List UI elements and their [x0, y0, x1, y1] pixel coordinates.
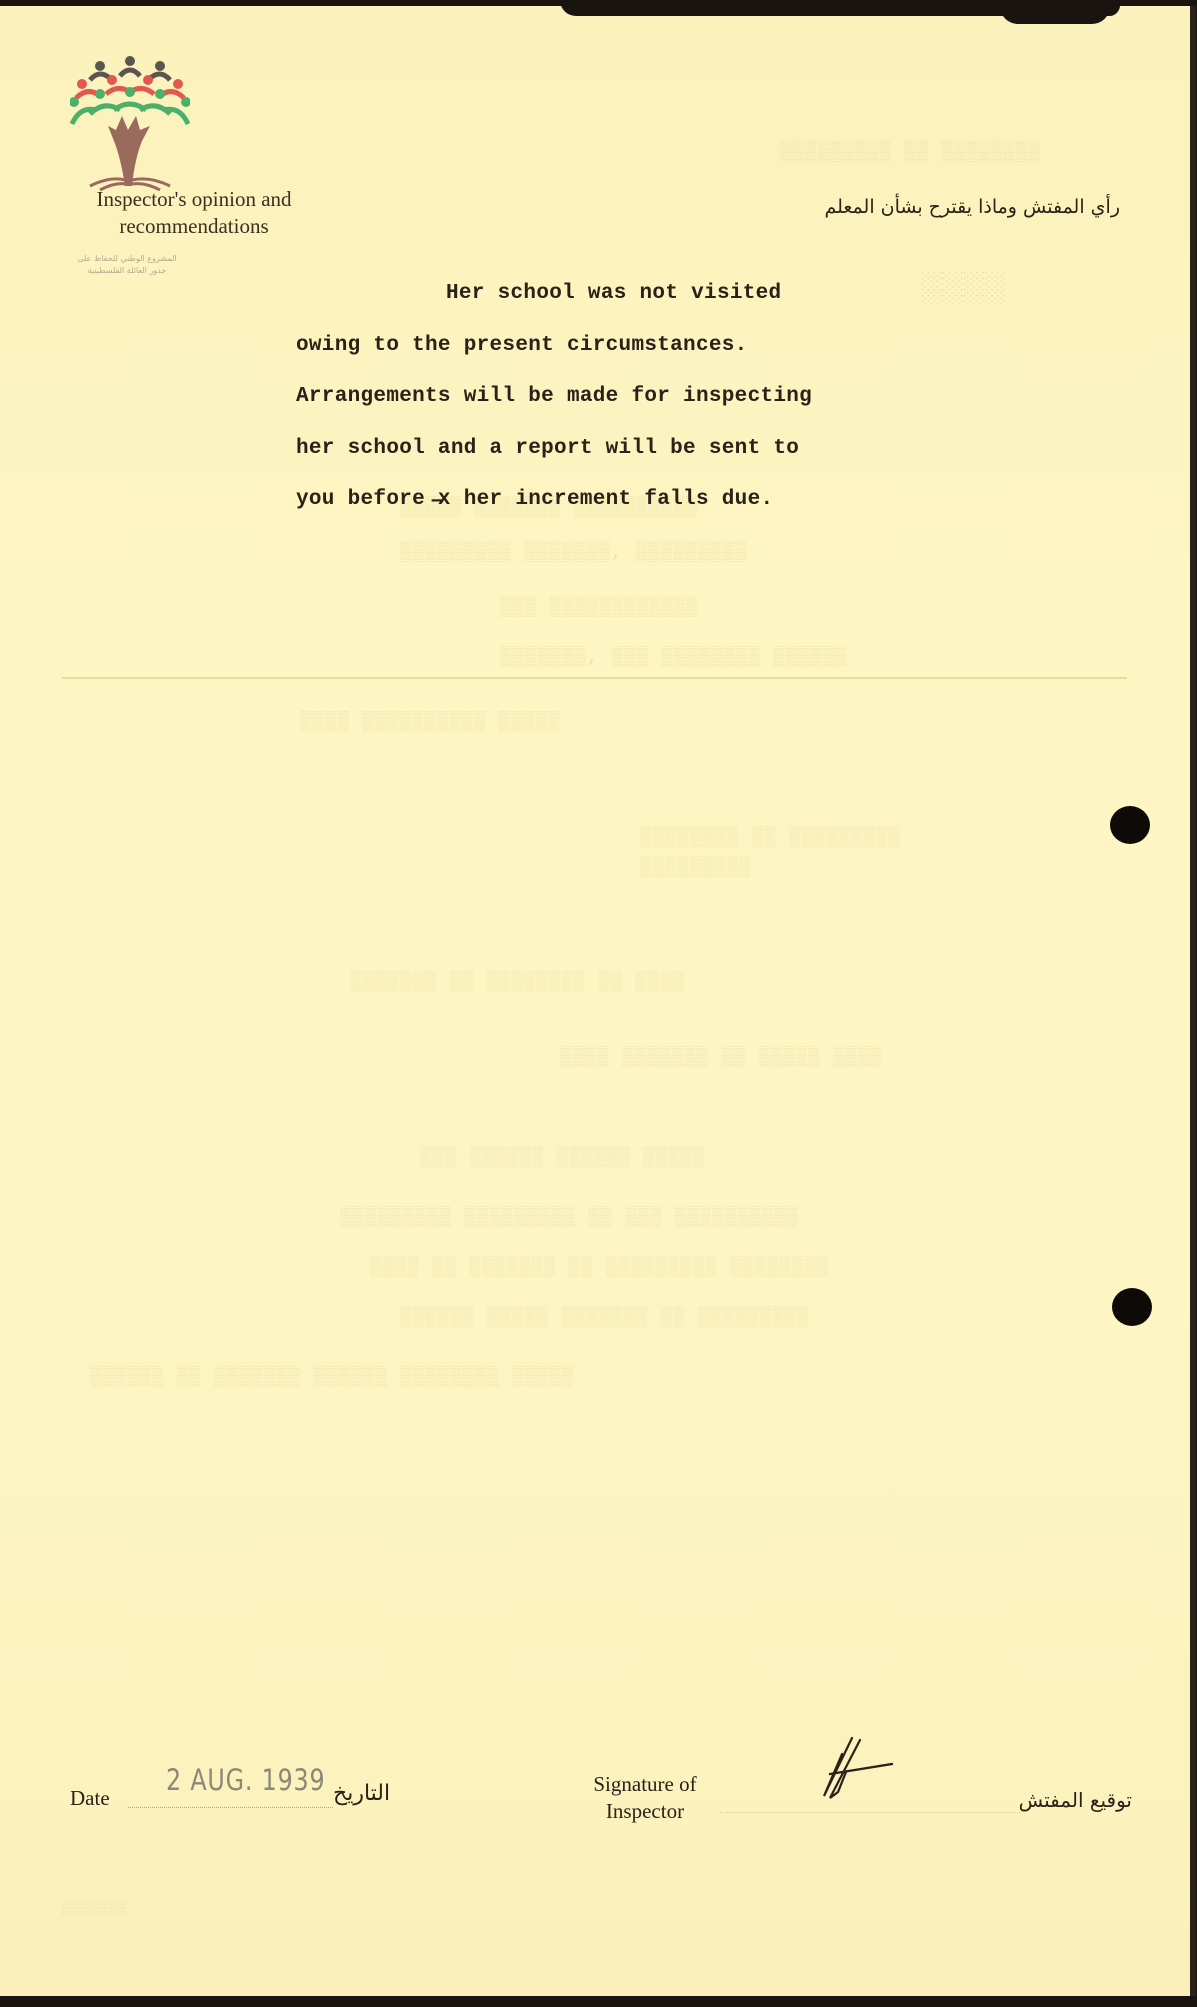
signature-label: Signature of Inspector: [575, 1771, 715, 1825]
bleed-through-text: ▒▒▒ ▒▒▒▒▒▒ ▒▒▒▒▒▒ ▒▒▒▒▒: [420, 1146, 705, 1168]
bleed-through-text: ▒▒▒▒▒▒▒ ▒▒ ▒▒▒▒▒▒▒▒ ▒▒ ▒▒▒▒: [350, 971, 685, 993]
heading-line-2: recommendations: [64, 213, 324, 240]
punch-hole: [1112, 1288, 1152, 1326]
section-heading-english: Inspector's opinion and recommendations: [64, 186, 324, 240]
logo-caption: المشروع الوطني للحفاظ على جذور العائلة ا…: [62, 253, 192, 277]
bleed-through-text: ▒▒▒▒ ▒▒▒▒▒▒▒▒▒▒ ▒▒▒▒▒: [300, 711, 560, 733]
bleed-through-text: ▒▒▒▒▒▒▒▒▒ ▒▒ ▒▒▒▒▒▒▒▒: [780, 141, 1040, 163]
bleed-through-text: ▒▒▒▒▒▒▒, ▒▒▒ ▒▒▒▒▒▒▒▒ ▒▒▒▒▒▒: [500, 646, 847, 668]
scan-edge-shadow: [1000, 6, 1110, 24]
body-line: owing to the present circumstances.: [296, 320, 936, 372]
logo-caption-line-2: جذور العائلة الفلسطينية: [62, 265, 192, 277]
family-tree-logo-icon: [70, 56, 190, 191]
punch-hole: [1110, 806, 1150, 844]
bleed-through-rule: [62, 677, 1127, 679]
bleed-through-text: ▒▒▒▒▒▒▒▒▒ ▒▒▒▒▒▒▒, ▒▒▒▒▒▒▒▒▒: [400, 541, 747, 563]
body-line: you before ̶x her increment falls due.: [296, 474, 936, 526]
document-page: ░░░░ ▒▒▒▒▒▒▒▒▒ ▒▒ ▒▒▒▒▒▒▒▒ ▒▒▒▒▒ ▒▒▒▒▒▒▒…: [0, 6, 1196, 1996]
bleed-through-text: ▒▒▒▒▒▒ ▒▒▒▒▒ ▒▒▒▒▒▒▒ ▒▒ ▒▒▒▒▒▒▒▒▒: [400, 1306, 809, 1328]
handwritten-signature-icon: [802, 1734, 902, 1804]
section-heading-arabic: رأي المفتش وماذا يقترح بشأن المعلم: [824, 196, 1120, 218]
bleed-through-text: ▒▒▒▒▒▒▒▒▒ ▒▒▒▒▒▒▒▒▒ ▒▒ ▒▒▒ ▒▒▒▒▒▒▒▒▒▒: [340, 1206, 799, 1228]
signature-label-line-2: Inspector: [575, 1798, 715, 1825]
bleed-through-text: ▒▒▒ ▒▒▒▒▒▒▒▒▒▒▒▒: [500, 596, 698, 618]
date-line: [128, 1807, 333, 1808]
date-stamp: 2 AUG. 1939: [166, 1763, 325, 1797]
bleed-through-text: ▒▒▒▒▒▒▒▒ ▒▒ ▒▒▒▒▒▒▒▒▒: [640, 826, 900, 848]
bleed-through-text: ▒▒▒▒▒▒ ▒▒ ▒▒▒▒▒▒▒ ▒▒▒▒▒▒ ▒▒▒▒▒▒▒▒ ▒▒▒▒▒: [90, 1366, 574, 1388]
signature-label-line-1: Signature of: [575, 1771, 715, 1798]
body-line: her school and a report will be sent to: [296, 423, 936, 475]
logo-caption-line-1: المشروع الوطني للحفاظ على: [62, 253, 192, 265]
date-label-arabic: التاريخ: [333, 1781, 390, 1806]
heading-line-1: Inspector's opinion and: [64, 186, 324, 213]
signature-label-arabic: توقيع المفتش: [1019, 1788, 1132, 1812]
date-label: Date: [70, 1786, 110, 1811]
bleed-through-text: ▒▒▒▒▒▒▒▒▒: [640, 856, 752, 878]
scan-bottom-edge: [0, 1996, 1197, 2007]
body-line: Her school was not visited: [296, 268, 936, 320]
bleed-through-text: ▒▒▒▒ ▒▒▒▒▒▒▒ ▒▒ ▒▒▒▒▒ ▒▒▒▒: [560, 1046, 882, 1068]
bleed-through-text: ▒▒▒▒ ▒▒ ▒▒▒▒▒▒▒ ▒▒ ▒▒▒▒▒▒▒▒▒ ▒▒▒▒▒▒▒▒: [370, 1256, 829, 1278]
body-line: Arrangements will be made for inspecting: [296, 371, 936, 423]
signature-line: [720, 1812, 1020, 1813]
form-number-faint: ▒▒▒▒▒▒▒: [62, 1901, 128, 1917]
inspector-opinion-text: Her school was not visited owing to the …: [296, 268, 936, 526]
